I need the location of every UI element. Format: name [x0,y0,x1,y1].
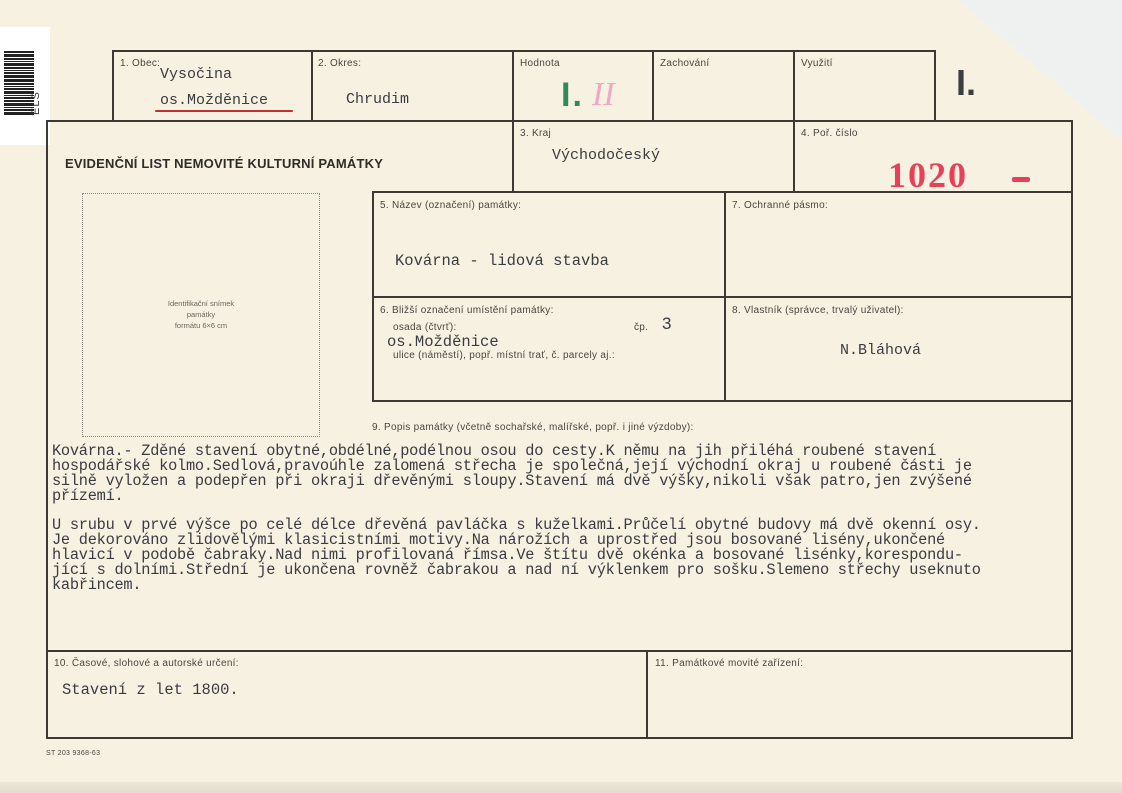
por-cislo-label: 4. Poř. číslo [801,128,858,139]
por-cislo-stamp: 1020 [888,154,968,196]
okres-value: Chrudim [346,91,409,108]
obec-value-line2: os.Možděnice [160,92,268,109]
divider [372,296,1072,298]
popis-line: přízemí. [52,489,123,505]
divider [46,120,48,738]
divider [934,50,936,121]
divider [311,50,313,121]
vlastnik-value: N.Bláhová [840,342,921,359]
barcode-label: ELS [30,91,42,115]
nazev-label: 5. Název (označení) památky: [380,200,521,211]
kraj-value: Východočeský [552,147,660,164]
divider [372,400,1072,402]
photo-placeholder: Identifikační snímek památky formátu 6×6… [82,193,320,437]
red-underline [155,110,293,112]
hodnota-green-mark: I. [561,76,584,115]
divider [652,50,654,121]
divider [46,737,1073,739]
corner-mark: I. [956,62,976,104]
cp-label: čp. [634,322,648,333]
divider [646,650,648,738]
form-sheet: ELS 1. Obec: Vysočina os.Možděnice 2. Ok… [0,0,1122,793]
vlastnik-label: 8. Vlastník (správce, trvalý uživatel): [732,305,904,316]
umisteni-label: 6. Bližší označení umístění památky: [380,305,554,316]
obec-label: 1. Obec: [120,58,160,69]
ulice-label: ulice (náměstí), popř. místní trať, č. p… [393,350,615,361]
popis-label: 9. Popis památky (včetně sochařské, malí… [372,422,694,433]
divider [1071,120,1073,738]
okres-label: 2. Okres: [318,58,361,69]
paper-edge [0,782,1122,793]
osada-value: os.Možděnice [387,333,499,351]
divider [112,50,936,52]
hodnota-label: Hodnota [520,58,560,69]
vyuziti-label: Využití [801,58,833,69]
photo-text-line1: Identifikační snímek [83,298,319,309]
divider [46,120,1073,122]
hodnota-pink-mark: II [592,76,615,114]
movite-zarizeni-label: 11. Památkové movité zařízení: [655,658,803,669]
photo-text-line3: formátu 6×6 cm [83,320,319,331]
popis-line: silně vyložen a podepřen při okraji dřev… [52,474,972,490]
form-code: ST 203 9368-63 [46,750,100,757]
urceni-label: 10. Časové, slohové a autorské určení: [54,658,239,669]
kraj-label: 3. Kraj [520,128,551,139]
cp-value: 3 [662,314,671,334]
divider [112,50,114,121]
zachovani-label: Zachování [660,58,709,69]
document-title: EVIDENČNÍ LIST NEMOVITÉ KULTURNÍ PAMÁTKY [65,156,383,171]
urceni-value: Stavení z let 1800. [62,681,239,699]
divider [46,650,1073,652]
barcode-sticker: ELS [0,27,50,145]
nazev-value: Kovárna - lidová stavba [395,252,609,270]
popis-line: kabřincem. [52,578,141,594]
obec-value-line1: Vysočina [160,66,232,83]
popis-line: jící s dolními.Střední je ukončena rovně… [52,563,981,579]
photo-text-line2: památky [83,309,319,320]
osada-label: osada (čtvrť): [393,322,457,333]
por-cislo-dash [1012,177,1030,182]
ochranne-pasmo-label: 7. Ochranné pásmo: [732,200,828,211]
